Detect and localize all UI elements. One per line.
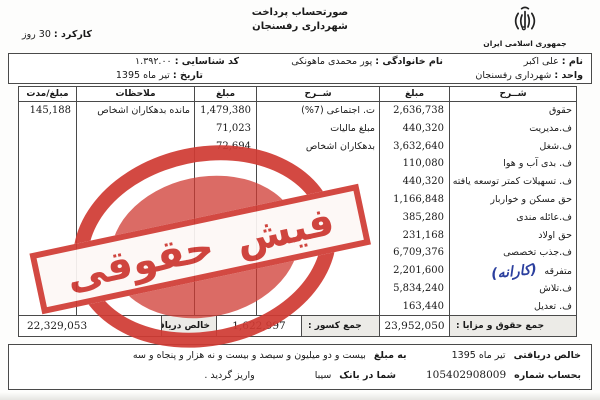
earning-desc: ف. بدی آب و هوا <box>450 155 576 173</box>
earning-desc: حقوق <box>450 102 576 120</box>
earning-desc: حق اولاد <box>450 227 576 245</box>
header-deductions-desc: شــرح <box>256 87 379 101</box>
name-label: نام : <box>562 56 583 67</box>
header-earnings-desc: شــرح <box>449 87 576 101</box>
bank-label: شما در بانک <box>339 370 396 381</box>
deposit-line-1: خالص دریافتی تیر ماه 1395 به مبلغ بیست و… <box>15 350 581 361</box>
header-amount-duration: مبلغ/مدت <box>19 87 76 101</box>
net-received-label: خالص دریافتی <box>514 350 581 361</box>
iran-emblem-icon <box>508 4 542 38</box>
amount-label: به مبلغ <box>374 350 407 361</box>
account-label: بحساب شماره <box>514 370 581 381</box>
work-days-value: 30 روز <box>22 29 51 40</box>
earning-desc: ف.تلاش <box>450 280 576 298</box>
deductions-total-label: جمع کسور : <box>301 316 379 336</box>
amount-in-words: بیست و دو میلیون و سیصد و بیست و نه هزار… <box>133 350 366 361</box>
earning-amount: 2,636,738 <box>380 102 449 120</box>
deductions-amount-column: 1,479,380 71,023 72,694 <box>194 102 256 316</box>
salary-table: شــرح مبلغ شــرح مبلغ ملاحظات مبلغ/مدت ح… <box>18 86 577 317</box>
field-unit: واحد : شهرداری رفسنجان <box>475 70 583 81</box>
deductions-total-value: 1,622,997 <box>216 316 301 336</box>
earning-desc: ف.مدیریت <box>450 120 576 138</box>
header-notes: ملاحظات <box>76 87 194 101</box>
earning-amount: 440,320 <box>380 173 449 191</box>
lastname-label: نام خانوادگی : <box>375 56 443 67</box>
scan-edge-shadow <box>0 392 600 400</box>
deduction-desc: مبلغ مالیات <box>257 120 379 138</box>
deduction-amount: 72,694 <box>195 138 256 156</box>
employee-info-box: نام : علی اکبر نام خانوادگی : پور محمدی … <box>8 53 592 84</box>
field-date: تاریخ : تیر ماه 1395 <box>116 70 203 81</box>
earning-amount: 110,080 <box>380 155 449 173</box>
id-label: کد شناسایی : <box>175 56 239 67</box>
deduction-desc: ت. اجتماعی (7%) <box>257 102 379 120</box>
earning-desc: ف.جذب تخصصی <box>450 244 576 262</box>
earning-amount: 6,709,376 <box>380 244 449 262</box>
note-text: مانده بدهکاران اشخاص <box>77 102 194 120</box>
totals-row: جمع حقوق و مزایا : 23,952,050 جمع کسور :… <box>18 315 577 337</box>
earnings-amount-column: 2,636,738 440,320 3,632,640 110,080 440,… <box>379 102 449 316</box>
unit-value: شهرداری رفسنجان <box>475 70 551 81</box>
note-amount: 145,188 <box>19 102 76 120</box>
salary-table-body: حقوق ف.مدیریت ف.شغل ف. بدی آب و هوا ف. ت… <box>19 102 576 316</box>
id-value: ۱.۳۹۲.۰۰ <box>135 56 172 67</box>
net-total-value: 22,329,053 <box>19 316 161 336</box>
earning-desc: ف. تعدیل <box>450 298 576 316</box>
earnings-desc-column: حقوق ف.مدیریت ف.شغل ف. بدی آب و هوا ف. ت… <box>449 102 576 316</box>
field-id-code: کد شناسایی : ۱.۳۹۲.۰۰ <box>135 56 239 67</box>
field-name: نام : علی اکبر <box>524 56 583 67</box>
earning-desc-misc: متفرقه (کارانه) <box>450 262 576 280</box>
net-received-period: تیر ماه 1395 <box>452 350 506 361</box>
emblem-block: جمهوری اسلامی ایران <box>482 4 568 48</box>
notes-column: مانده بدهکاران اشخاص <box>76 102 194 316</box>
deduction-amount: 1,479,380 <box>195 102 256 120</box>
earning-amount: 3,632,640 <box>380 138 449 156</box>
earning-desc: ف.عائله مندی <box>450 209 576 227</box>
earning-desc: ف. تسهیلات کمتر توسعه یافته <box>450 173 576 191</box>
lastname-value: پور محمدی ماهونکی <box>291 56 372 67</box>
field-lastname: نام خانوادگی : پور محمدی ماهونکی <box>291 56 443 67</box>
salary-table-header: شــرح مبلغ شــرح مبلغ ملاحظات مبلغ/مدت <box>19 87 576 102</box>
header-deductions-amount: مبلغ <box>194 87 256 101</box>
deposit-summary-box: خالص دریافتی تیر ماه 1395 به مبلغ بیست و… <box>8 344 592 390</box>
deduction-desc: بدهکاران اشخاص <box>257 138 379 156</box>
earning-desc: حق مسکن و خواربار <box>450 191 576 209</box>
earning-amount: 2,201,600 <box>380 262 449 280</box>
earning-amount: 1,166,848 <box>380 191 449 209</box>
gross-total-label: جمع حقوق و مزایا : <box>449 316 576 336</box>
emblem-caption: جمهوری اسلامی ایران <box>482 39 568 48</box>
deductions-desc-column: ت. اجتماعی (7%) مبلغ مالیات بدهکاران اشخ… <box>256 102 379 316</box>
bank-name: سیبا <box>315 370 332 381</box>
earning-amount: 5,834,240 <box>380 280 449 298</box>
unit-label: واحد : <box>554 70 583 81</box>
date-value: تیر ماه 1395 <box>116 70 170 81</box>
account-number: 105402908009 <box>426 369 506 381</box>
earning-amount: 440,320 <box>380 120 449 138</box>
deposited-text: واریز گردید . <box>204 370 254 381</box>
gross-total-value: 23,952,050 <box>379 316 449 336</box>
header-earnings-amount: مبلغ <box>379 87 449 101</box>
earning-amount: 385,280 <box>380 209 449 227</box>
work-days-label: کارکرد : <box>54 29 92 40</box>
date-label: تاریخ : <box>173 70 203 81</box>
deposit-line-2: بحساب شماره 105402908009 شما در بانک سیب… <box>15 369 581 381</box>
earning-amount: 231,168 <box>380 227 449 245</box>
earning-desc: متفرقه <box>544 266 572 277</box>
work-days: کارکرد : 30 روز <box>22 29 92 40</box>
deduction-amount: 71,023 <box>195 120 256 138</box>
earning-desc: ف.شغل <box>450 138 576 156</box>
earning-amount: 163,440 <box>380 298 449 316</box>
name-value: علی اکبر <box>524 56 559 67</box>
net-total-label: خالص دریافتی : <box>161 316 216 336</box>
payslip-document: صورتحساب پرداخت شهرداری رفسنجان جمهوری ا… <box>0 0 600 400</box>
amount-duration-column: 145,188 <box>19 102 76 316</box>
